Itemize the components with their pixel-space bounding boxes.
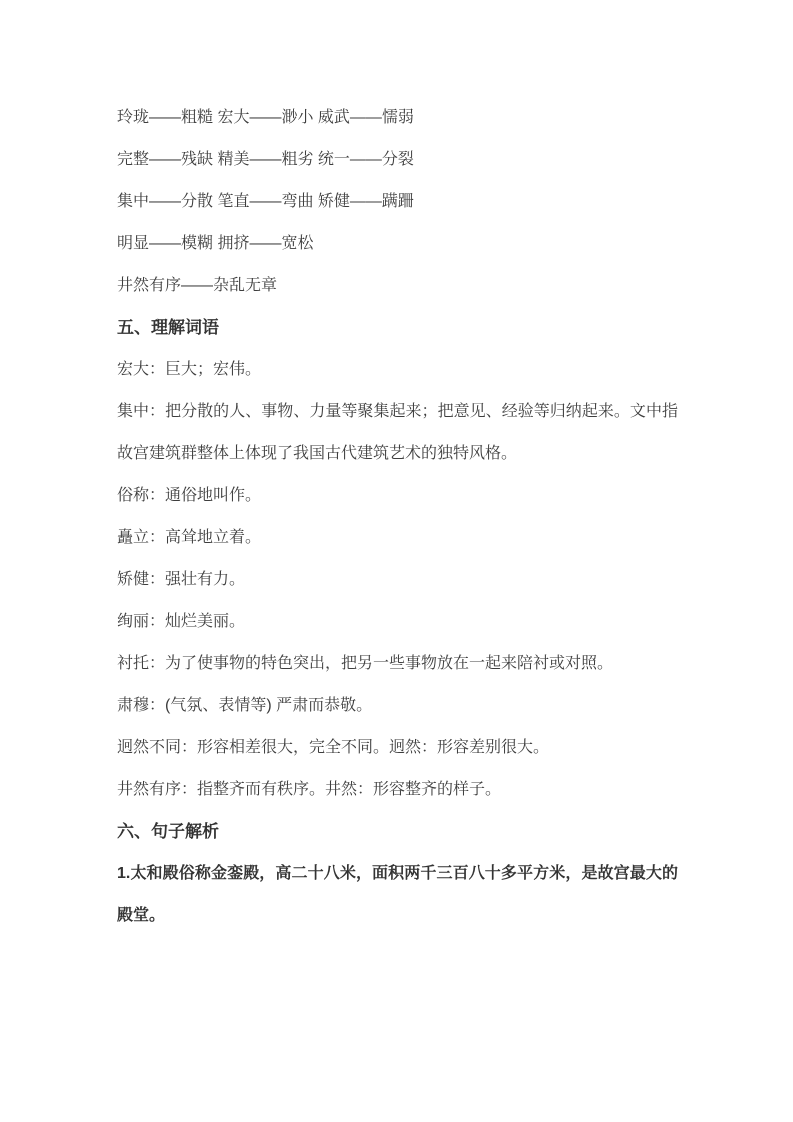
document-content: 玲珑——粗糙 宏大——渺小 威武——懦弱 完整——残缺 精美——粗劣 统一——分…	[117, 97, 678, 937]
word-definition: 井然有序：指整齐而有秩序。井然：形容整齐的样子。	[117, 769, 678, 811]
word-definition: 肃穆：(气氛、表情等) 严肃而恭敬。	[117, 685, 678, 727]
antonym-pair-line: 集中——分散 笔直——弯曲 矫健——蹒跚	[117, 181, 678, 223]
antonym-pair-line: 井然有序——杂乱无章	[117, 265, 678, 307]
antonym-pair-line: 玲珑——粗糙 宏大——渺小 威武——懦弱	[117, 97, 678, 139]
word-definition: 衬托：为了使事物的特色突出，把另一些事物放在一起来陪衬或对照。	[117, 643, 678, 685]
word-definition: 俗称：通俗地叫作。	[117, 475, 678, 517]
word-definition: 宏大：巨大；宏伟。	[117, 349, 678, 391]
antonym-pair-line: 完整——残缺 精美——粗劣 统一——分裂	[117, 139, 678, 181]
word-definition: 绚丽：灿烂美丽。	[117, 601, 678, 643]
sentence-analysis-item: 1.太和殿俗称金銮殿，高二十八米，面积两千三百八十多平方米，是故宫最大的殿堂。	[117, 853, 678, 937]
word-definition: 迥然不同：形容相差很大，完全不同。迥然：形容差别很大。	[117, 727, 678, 769]
document-page: 玲珑——粗糙 宏大——渺小 威武——懦弱 完整——残缺 精美——粗劣 统一——分…	[0, 0, 793, 1122]
section-heading-sentence-analysis: 六、句子解析	[117, 811, 678, 853]
antonym-pair-line: 明显——模糊 拥挤——宽松	[117, 223, 678, 265]
section-heading-understand-words: 五、理解词语	[117, 307, 678, 349]
word-definition: 集中：把分散的人、事物、力量等聚集起来；把意见、经验等归纳起来。文中指故宫建筑群…	[117, 391, 678, 475]
word-definition: 矫健：强壮有力。	[117, 559, 678, 601]
word-definition: 矗立：高耸地立着。	[117, 517, 678, 559]
